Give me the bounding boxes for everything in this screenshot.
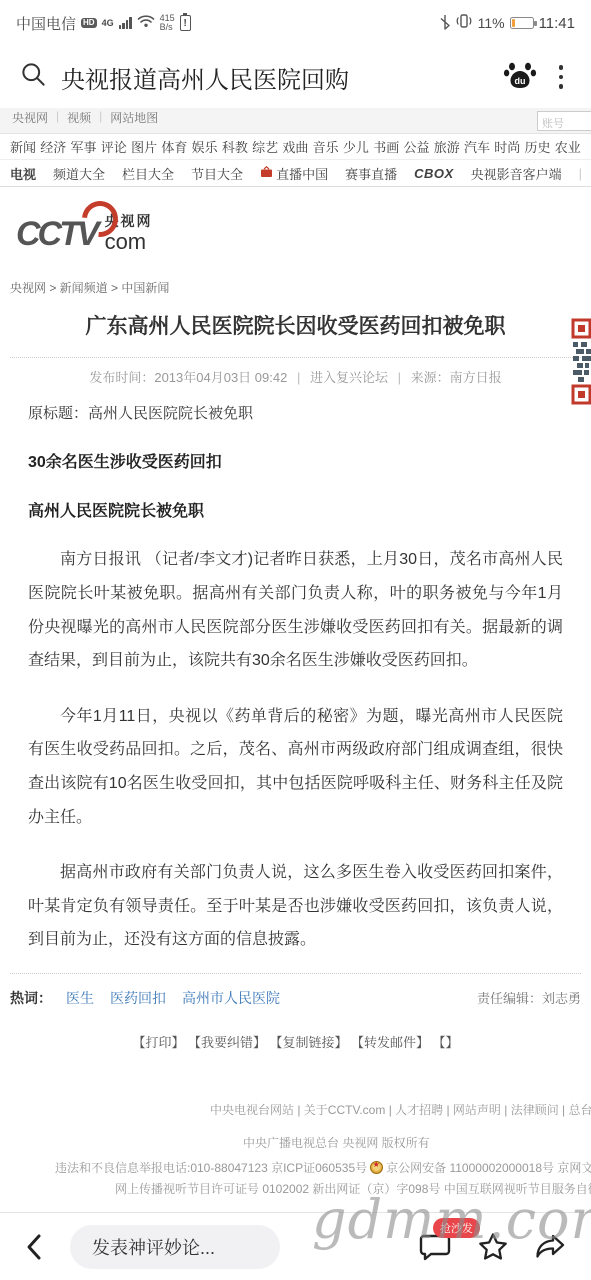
- signal-bars-icon: [119, 17, 132, 29]
- search-query[interactable]: 央视报道高州人民医院回购: [61, 60, 489, 95]
- article-paragraph: 据高州市政府有关部门负责人说，这么多医生卷入收受医药回扣案件，叶某肯定负有领导责…: [28, 856, 563, 957]
- nav-category-link[interactable]: 图片: [131, 137, 157, 156]
- hotword-link[interactable]: 医生: [66, 988, 94, 1008]
- battery-alert-icon: !: [180, 15, 191, 31]
- favorite-star-icon[interactable]: [477, 1232, 509, 1262]
- divider: [10, 973, 581, 974]
- site-topbar: 央视网 | 视频 | 网站地图 账号: [0, 108, 591, 134]
- article-subhead-1: 30余名医生涉收受医药回扣: [28, 449, 591, 472]
- nav-video-link[interactable]: 视频: [67, 109, 91, 126]
- logo-com-text: com: [105, 230, 153, 254]
- nav-category-link[interactable]: 戏曲: [282, 137, 308, 156]
- article-paragraph: 今年1月11日，央视以《药单背后的秘密》为题，曝光高州市人民医院有医生收受药品回…: [28, 700, 563, 834]
- qr-code: [565, 318, 591, 410]
- footer-copyright: 中央广播电视总台 央视网 版权所有: [243, 1134, 591, 1151]
- article-title: 广东高州人民医院院长因收受医药回扣被免职: [30, 312, 561, 341]
- original-title: 原标题：高州人民医院院长被免职: [28, 402, 591, 423]
- footer-legal-1: 违法和不良信息举报电话:010-88047123 京ICP证060535号 京公…: [55, 1159, 591, 1176]
- separator: |: [99, 109, 102, 123]
- police-emblem-icon: [370, 1161, 383, 1174]
- publish-time: 发布时间：2013年04月03日 09:42: [89, 370, 287, 385]
- share-icon[interactable]: [535, 1232, 567, 1262]
- publish-info: 发布时间：2013年04月03日 09:42 | 进入复兴论坛 | 来源：南方日…: [0, 367, 591, 386]
- network-type-label: 4G: [102, 19, 114, 28]
- source-label: 来源：南方日报: [411, 370, 502, 385]
- nav-category-link[interactable]: 评论: [101, 137, 127, 156]
- tv-nav: 电视 频道大全 栏目大全 节目大全 直播中国 赛事直播 CBOX 央视影音客户端…: [0, 160, 591, 187]
- breadcrumb[interactable]: 央视网 > 新闻频道 > 中国新闻: [10, 279, 591, 296]
- divider: [10, 357, 581, 358]
- nav-home-link[interactable]: 央视网: [12, 109, 48, 126]
- footer-legal-2: 网上传播视听节目许可证号 0102002 新出网证（京）字098号 中国互联网视…: [115, 1180, 591, 1197]
- nav-category-link[interactable]: 体育: [161, 137, 187, 156]
- account-input[interactable]: 账号: [537, 111, 591, 131]
- hotwords-label: 热词：: [10, 988, 52, 1008]
- browser-menu-icon[interactable]: [551, 61, 572, 93]
- bluetooth-icon: [440, 14, 450, 33]
- action-button[interactable]: 【我要纠错】: [194, 1035, 266, 1050]
- browser-search-bar: 央视报道高州人民医院回购 du: [0, 46, 591, 108]
- nav-sports-link[interactable]: 赛事直播: [345, 164, 397, 183]
- vibrate-icon: [455, 13, 473, 34]
- separator: |: [56, 109, 59, 123]
- nav-category-link[interactable]: 音乐: [313, 137, 339, 156]
- nav-category-link[interactable]: 书画: [373, 137, 399, 156]
- phone-screen: 中国电信 HD 4G 415B/s ! 11% 11:41: [0, 0, 591, 1280]
- action-button[interactable]: 【打印】: [132, 1035, 184, 1050]
- baidu-paw-icon[interactable]: du: [503, 59, 537, 96]
- cbox-logo[interactable]: CBOX: [414, 166, 454, 181]
- nav-category-link[interactable]: 少儿: [343, 137, 369, 156]
- hotword-link[interactable]: 医药回扣: [110, 988, 166, 1008]
- nav-columns-link[interactable]: 栏目大全: [122, 164, 174, 183]
- battery-icon: [510, 17, 534, 29]
- article-subhead-2: 高州人民医院院长被免职: [28, 498, 591, 521]
- separator: |: [297, 370, 300, 385]
- footer-links[interactable]: 中央电视台网站 | 关于CCTV.com | 人才招聘 | 网站声明 | 法律顾…: [210, 1101, 591, 1118]
- forum-link[interactable]: 进入复兴论坛: [310, 370, 388, 385]
- status-bar: 中国电信 HD 4G 415B/s ! 11% 11:41: [0, 0, 591, 46]
- nav-category-link[interactable]: 军事: [71, 137, 97, 156]
- search-icon[interactable]: [20, 61, 47, 93]
- battery-percent-label: 11%: [478, 15, 505, 31]
- editor-label: 责任编辑：刘志勇: [477, 988, 581, 1007]
- clock-label: 11:41: [539, 15, 575, 32]
- wifi-icon: [137, 14, 155, 33]
- article-paragraph: 南方日报讯 （记者/李文才)记者昨日获悉，上月30日，茂名市高州人民医院院长叶某…: [28, 543, 563, 677]
- svg-text:du: du: [514, 76, 525, 86]
- tv-icon: [260, 166, 273, 181]
- action-button[interactable]: 【转发邮件】: [358, 1035, 430, 1050]
- separator: |: [579, 166, 582, 181]
- article-actions: 【打印】【我要纠错】【复制链接】【转发邮件】【】: [0, 1032, 591, 1051]
- nav-category-link[interactable]: 旅游: [434, 137, 460, 156]
- nav-category-link[interactable]: 时尚: [494, 137, 520, 156]
- hotwords-row: 热词： 医生医药回扣高州市人民医院 责任编辑：刘志勇: [10, 988, 581, 1008]
- category-nav: 新闻经济军事评论图片体育娱乐科教综艺戏曲音乐少儿书画公益旅游汽车时尚历史农业: [0, 134, 591, 160]
- network-speed: 415B/s: [160, 14, 175, 33]
- nav-category-link[interactable]: 科教: [222, 137, 248, 156]
- comments-icon[interactable]: 抢沙发: [419, 1232, 451, 1262]
- nav-category-link[interactable]: 汽车: [464, 137, 490, 156]
- nav-category-link[interactable]: 经济: [40, 137, 66, 156]
- nav-tv-link[interactable]: 电视: [10, 164, 36, 183]
- nav-client-link[interactable]: 央视影音客户端: [471, 164, 562, 183]
- nav-live-link[interactable]: 直播中国: [260, 164, 328, 183]
- nav-category-link[interactable]: 娱乐: [192, 137, 218, 156]
- back-icon[interactable]: [24, 1232, 44, 1262]
- nav-category-link[interactable]: 历史: [525, 137, 551, 156]
- hotword-link[interactable]: 高州市人民医院: [182, 988, 280, 1008]
- action-button[interactable]: 【】: [439, 1035, 459, 1050]
- separator: |: [398, 370, 401, 385]
- nav-category-link[interactable]: 农业: [555, 137, 581, 156]
- bottom-toolbar: 发表神评妙论... 抢沙发: [0, 1212, 591, 1280]
- action-button[interactable]: 【复制链接】: [276, 1035, 348, 1050]
- site-footer: 中央电视台网站 | 关于CCTV.com | 人才招聘 | 网站声明 | 法律顾…: [0, 1101, 591, 1197]
- nav-channels-link[interactable]: 频道大全: [53, 164, 105, 183]
- hd-icon: HD: [81, 18, 97, 28]
- first-comment-badge: 抢沙发: [433, 1218, 480, 1238]
- nav-category-link[interactable]: 新闻: [10, 137, 36, 156]
- comment-input[interactable]: 发表神评妙论...: [70, 1225, 280, 1269]
- carrier-label: 中国电信: [16, 13, 76, 34]
- nav-programs-link[interactable]: 节目大全: [191, 164, 243, 183]
- nav-category-link[interactable]: 综艺: [252, 137, 278, 156]
- cctv-logo[interactable]: CCTV 央视网 com: [16, 201, 186, 267]
- nav-sitemap-link[interactable]: 网站地图: [110, 109, 158, 126]
- nav-category-link[interactable]: 公益: [403, 137, 429, 156]
